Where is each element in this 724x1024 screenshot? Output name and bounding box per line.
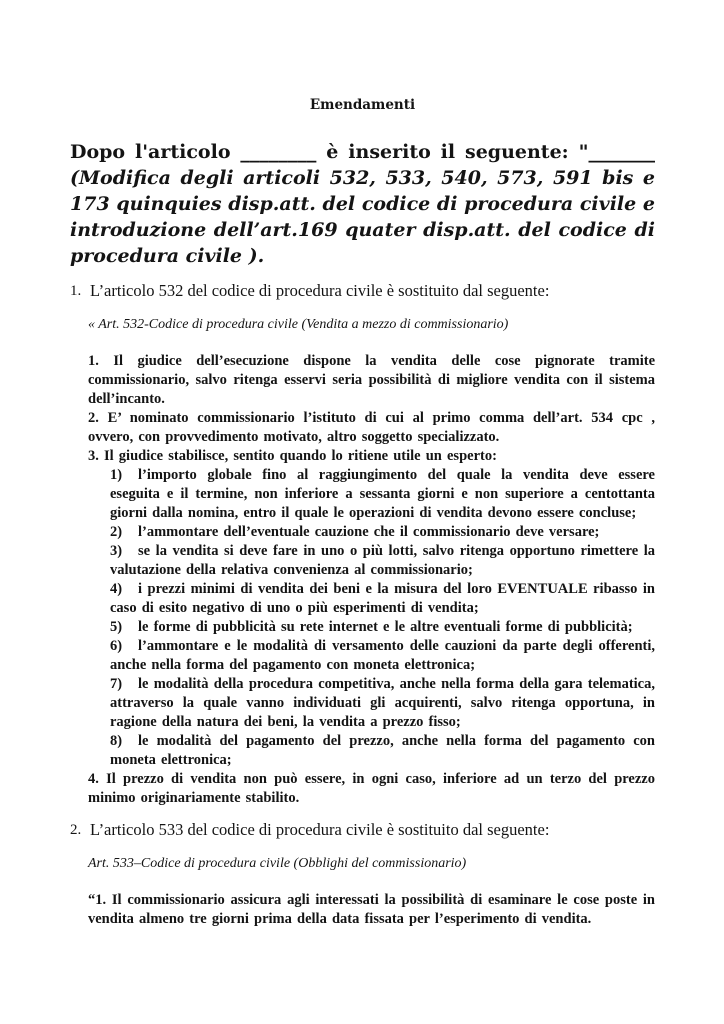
section-2-body: “1. Il commissionario assicura agli inte… xyxy=(88,891,655,929)
section-2-article-caption: Art. 533–Codice di procedura civile (Obb… xyxy=(88,855,655,873)
sub-item-6-text: l’ammontare e le modalità di versamento … xyxy=(110,638,655,673)
section-1-article-caption: « Art. 532-Codice di procedura civile (V… xyxy=(88,316,655,334)
sub-item-2: 2)l’ammontare dell’eventuale cauzione ch… xyxy=(110,523,655,542)
section-1-number: 1. xyxy=(70,280,90,302)
section-2-heading-text: L’articolo 533 del codice di procedura c… xyxy=(90,819,655,841)
sub-item-4-text: i prezzi minimi di vendita dei beni e la… xyxy=(110,581,655,616)
sub-item-5-text: le forme di pubblicità su rete internet … xyxy=(138,619,633,635)
sub-item-4: 4)i prezzi minimi di vendita dei beni e … xyxy=(110,580,655,618)
section-1-heading: 1. L’articolo 532 del codice di procedur… xyxy=(70,280,655,302)
section-1-heading-text: L’articolo 532 del codice di procedura c… xyxy=(90,280,655,302)
sub-item-5-number: 5) xyxy=(110,618,138,637)
sub-item-3: 3)se la vendita si deve fare in uno o pi… xyxy=(110,542,655,580)
paragraph: 1. Il giudice dell’esecuzione dispone la… xyxy=(88,352,655,409)
sub-item-2-number: 2) xyxy=(110,523,138,542)
paragraph: “1. Il commissionario assicura agli inte… xyxy=(88,891,655,929)
amendment-subject: (Modifica degli articoli 532, 533, 540, … xyxy=(70,165,655,269)
sub-item-1-text: l’importo globale fino al raggiungimento… xyxy=(110,467,655,521)
sub-item-5: 5)le forme di pubblicità su rete interne… xyxy=(110,618,655,637)
sub-item-4-number: 4) xyxy=(110,580,138,599)
sub-item-1: 1)l’importo globale fino al raggiungimen… xyxy=(110,466,655,523)
document-page: Emendamenti Dopo l'articolo ________ è i… xyxy=(0,0,724,1024)
paragraph: 3. Il giudice stabilisce, sentito quando… xyxy=(88,447,655,466)
amendment-lead-line: Dopo l'articolo ________ è inserito il s… xyxy=(70,139,655,165)
sub-item-8-text: le modalità del pagamento del prezzo, an… xyxy=(110,733,655,768)
document-title: Emendamenti xyxy=(70,97,655,114)
sub-item-3-text: se la vendita si deve fare in uno o più … xyxy=(110,543,655,578)
section-2-number: 2. xyxy=(70,819,90,841)
paragraph: 2. E’ nominato commissionario l’istituto… xyxy=(88,409,655,447)
sub-item-8: 8)le modalità del pagamento del prezzo, … xyxy=(110,732,655,770)
sub-item-6: 6)l’ammontare e le modalità di versament… xyxy=(110,637,655,675)
sub-item-7-text: le modalità della procedura competitiva,… xyxy=(110,676,655,730)
paragraph: 4. Il prezzo di vendita non può essere, … xyxy=(88,770,655,808)
sub-item-8-number: 8) xyxy=(110,732,138,751)
section-2-heading: 2. L’articolo 533 del codice di procedur… xyxy=(70,819,655,841)
section-1-body: 1. Il giudice dell’esecuzione dispone la… xyxy=(88,352,655,808)
sub-item-3-number: 3) xyxy=(110,542,138,561)
sub-item-7-number: 7) xyxy=(110,675,138,694)
sub-item-6-number: 6) xyxy=(110,637,138,656)
sub-item-2-text: l’ammontare dell’eventuale cauzione che … xyxy=(138,524,599,540)
sub-item-1-number: 1) xyxy=(110,466,138,485)
sub-item-7: 7)le modalità della procedura competitiv… xyxy=(110,675,655,732)
